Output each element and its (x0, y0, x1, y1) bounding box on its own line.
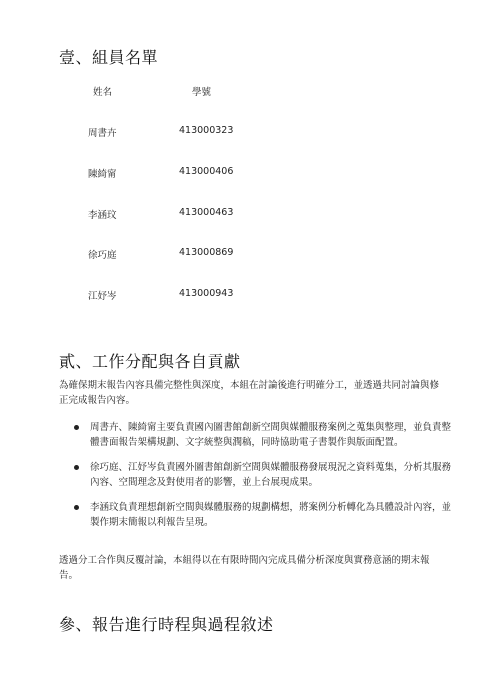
document-page: 壹、組員名單 姓名 學號 周書卉 413000323 陳綺甯 413000406… (0, 0, 496, 700)
member-student-id: 413000323 (179, 125, 233, 136)
list-item: 李涵玟負責理想創新空間與媒體服務的規劃構想，將案例分析轉化為具體設計內容，並製作… (72, 500, 452, 530)
bullet-icon (74, 425, 79, 430)
member-name: 李涵玟 (88, 207, 117, 221)
member-name: 周書卉 (88, 125, 117, 139)
member-student-id: 413000463 (179, 207, 233, 218)
column-header-name: 姓名 (93, 84, 112, 98)
list-item-text: 周書卉、陳綺甯主要負責國內圖書館創新空間與媒體服務案例之蒐集與整理，並負責整體書… (90, 422, 451, 448)
section-heading-timeline: 參、報告進行時程與過程敘述 (59, 612, 274, 635)
bullet-icon (74, 505, 79, 510)
member-name: 江妤岑 (88, 288, 117, 302)
responsibility-list: 周書卉、陳綺甯主要負責國內圖書館創新空間與媒體服務案例之蒐集與整理，並負責整體書… (72, 420, 452, 540)
bullet-icon (74, 465, 79, 470)
column-header-student-id: 學號 (192, 84, 211, 98)
conclusion-paragraph: 透過分工合作與反覆討論，本組得以在有限時間內完成具備分析深度與實務意涵的期末報告… (59, 553, 439, 583)
member-student-id: 413000406 (179, 166, 233, 177)
list-item: 周書卉、陳綺甯主要負責國內圖書館創新空間與媒體服務案例之蒐集與整理，並負責整體書… (72, 420, 452, 450)
list-item-text: 徐巧庭、江妤岑負責國外圖書館創新空間與媒體服務發展現況之資料蒐集，分析其服務內容… (90, 462, 451, 488)
section-heading-members: 壹、組員名單 (59, 45, 158, 68)
list-item-text: 李涵玟負責理想創新空間與媒體服務的規劃構想，將案例分析轉化為具體設計內容，並製作… (90, 502, 451, 528)
member-name: 陳綺甯 (88, 166, 117, 180)
member-student-id: 413000869 (179, 247, 233, 258)
section-heading-work-distribution: 貳、工作分配與各自貢獻 (59, 349, 241, 372)
list-item: 徐巧庭、江妤岑負責國外圖書館創新空間與媒體服務發展現況之資料蒐集，分析其服務內容… (72, 460, 452, 490)
member-student-id: 413000943 (179, 288, 233, 299)
intro-paragraph: 為確保期末報告內容具備完整性與深度，本組在討論後進行明確分工，並透過共同討論與修… (59, 378, 439, 408)
member-name: 徐巧庭 (88, 247, 117, 261)
